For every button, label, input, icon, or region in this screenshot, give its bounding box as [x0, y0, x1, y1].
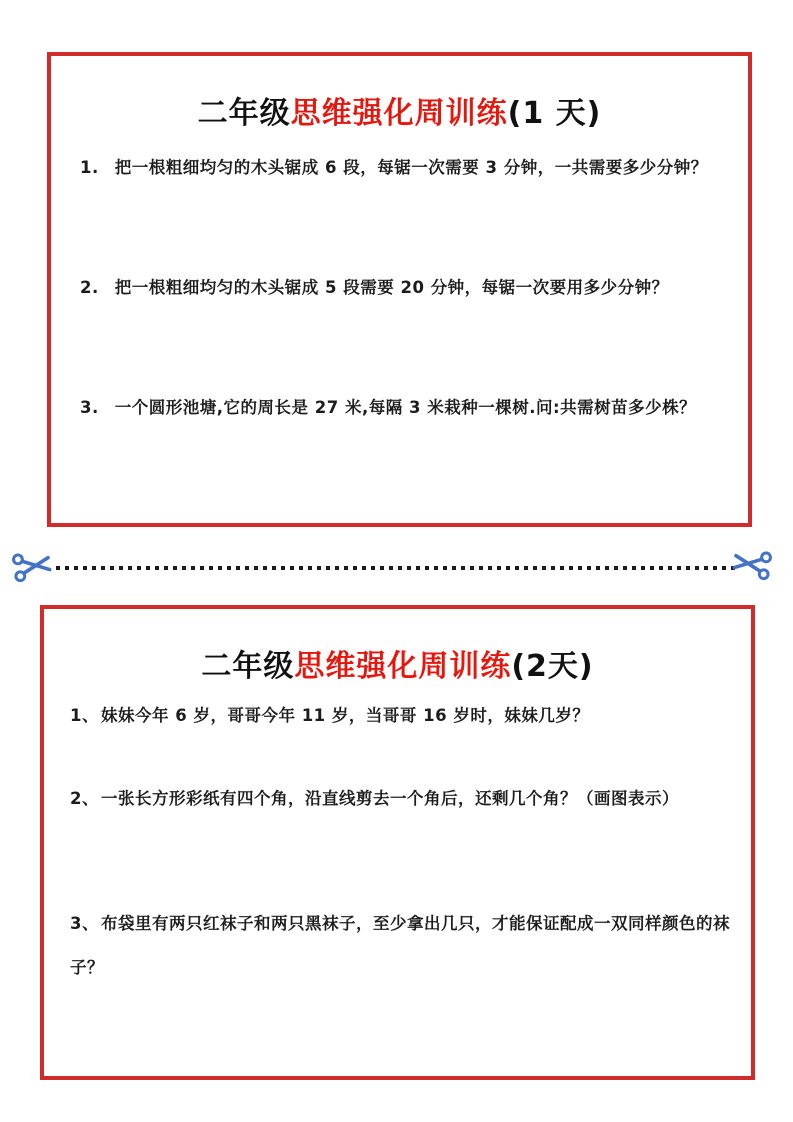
question-number: 2、	[70, 785, 99, 809]
question-text: 一个圆形池塘,它的周长是 27 米,每隔 3 米栽种一棵树.问:共需树苗多少株？	[115, 398, 696, 417]
question-number: 3、	[70, 902, 99, 946]
question-item: 2.把一根粗细均匀的木头锯成 5 段需要 20 分钟，每锯一次要用多少分钟？	[80, 274, 669, 298]
section2-title-day: (2天)	[511, 649, 593, 684]
cut-divider	[0, 540, 793, 596]
worksheet-box-day2: 二年级思维强化周训练(2天) 1、妹妹今年 6 岁，哥哥今年 11 岁，当哥哥 …	[40, 605, 755, 1080]
section1-title-grade: 二年级	[198, 96, 291, 131]
question-number: 2.	[80, 278, 99, 297]
question-item: 3.一个圆形池塘,它的周长是 27 米,每隔 3 米栽种一棵树.问:共需树苗多少…	[80, 394, 696, 418]
dotted-cut-line	[56, 566, 736, 570]
section2-title: 二年级思维强化周训练(2天)	[44, 641, 751, 685]
scissors-icon	[10, 545, 55, 586]
section1-title: 二年级思维强化周训练(1 天)	[51, 88, 748, 132]
question-item: 1、妹妹今年 6 岁，哥哥今年 11 岁，当哥哥 16 岁时，妹妹几岁？	[70, 702, 589, 726]
question-item: 1.把一根粗细均匀的木头锯成 6 段，每锯一次需要 3 分钟，一共需要多少分钟？	[80, 154, 708, 178]
question-text: 把一根粗细均匀的木头锯成 5 段需要 20 分钟，每锯一次要用多少分钟？	[115, 278, 669, 297]
section1-title-highlight: 思维强化周训练	[291, 96, 508, 131]
worksheet-box-day1: 二年级思维强化周训练(1 天) 1.把一根粗细均匀的木头锯成 6 段，每锯一次需…	[47, 52, 752, 527]
question-number: 1.	[80, 158, 99, 177]
question-text: 妹妹今年 6 岁，哥哥今年 11 岁，当哥哥 16 岁时，妹妹几岁？	[101, 706, 589, 725]
question-number: 3.	[80, 398, 99, 417]
section1-title-day: (1 天)	[508, 96, 602, 131]
scissors-icon	[730, 543, 775, 584]
question-text: 一张长方形彩纸有四个角，沿直线剪去一个角后，还剩几个角？（画图表示）	[101, 789, 679, 808]
question-text: 把一根粗细均匀的木头锯成 6 段，每锯一次需要 3 分钟，一共需要多少分钟？	[115, 158, 708, 177]
section2-title-highlight: 思维强化周训练	[294, 649, 511, 684]
question-number: 1、	[70, 702, 99, 726]
question-text: 布袋里有两只红袜子和两只黑袜子，至少拿出几只，才能保证配成一双同样颜色的袜子？	[70, 914, 730, 977]
question-item: 3、布袋里有两只红袜子和两只黑袜子，至少拿出几只，才能保证配成一双同样颜色的袜子…	[70, 902, 732, 990]
section2-title-grade: 二年级	[201, 649, 294, 684]
question-item: 2、一张长方形彩纸有四个角，沿直线剪去一个角后，还剩几个角？（画图表示）	[70, 785, 679, 809]
